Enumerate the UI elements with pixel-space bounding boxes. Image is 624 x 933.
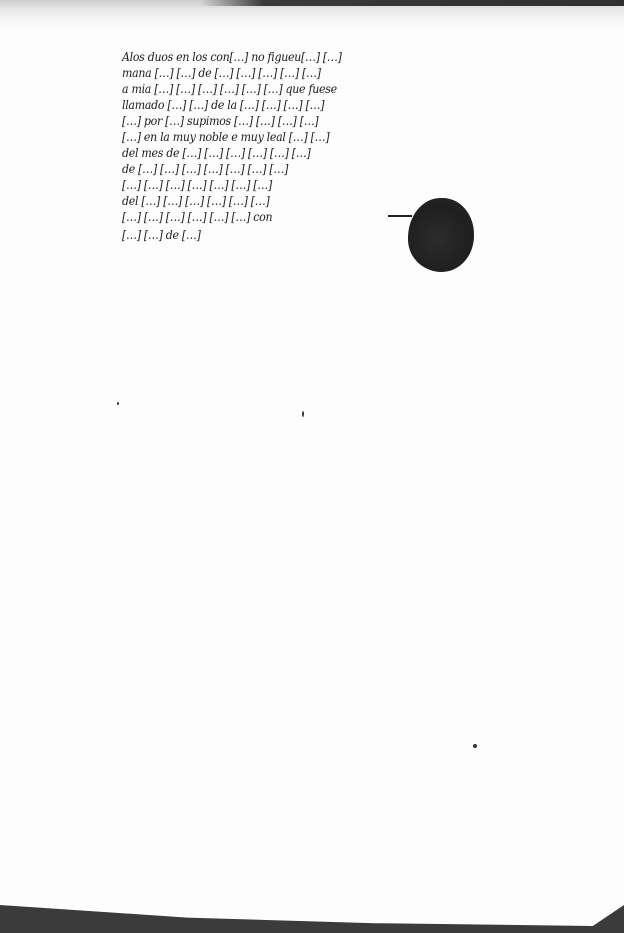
- wax-seal: [408, 198, 474, 272]
- text-line: llamado […] […] de la […] […] […] […]: [122, 98, 324, 113]
- text-line: […] […] […] […] […] […] con: [122, 210, 272, 225]
- text-line: Alos duos en los con[…] no figueu[…] […]: [122, 50, 342, 65]
- text-line: […] […] […] […] […] […] […]: [122, 178, 272, 193]
- seal-cord: [388, 215, 412, 217]
- manuscript-page: Alos duos en los con[…] no figueu[…] […]…: [0, 0, 624, 933]
- text-line: mana […] […] de […] […] […] […] […]: [122, 66, 321, 81]
- text-line: del […] […] […] […] […] […]: [122, 194, 269, 209]
- ink-speck: [473, 744, 477, 748]
- scan-bottom-shadow: [0, 905, 624, 933]
- text-line: del mes de […] […] […] […] […] […]: [122, 146, 310, 161]
- text-line: […] […] de […]: [122, 228, 201, 243]
- text-line: […] por […] supimos […] […] […] […]: [122, 114, 318, 129]
- text-line: […] en la muy noble e muy leal […] […]: [122, 130, 329, 145]
- text-line: a mia […] […] […] […] […] […] que fuese: [122, 82, 337, 97]
- scan-top-border: [200, 0, 624, 6]
- ink-speck: [302, 411, 304, 417]
- text-line: de […] […] […] […] […] […] […]: [122, 162, 288, 177]
- ink-speck: [117, 402, 119, 405]
